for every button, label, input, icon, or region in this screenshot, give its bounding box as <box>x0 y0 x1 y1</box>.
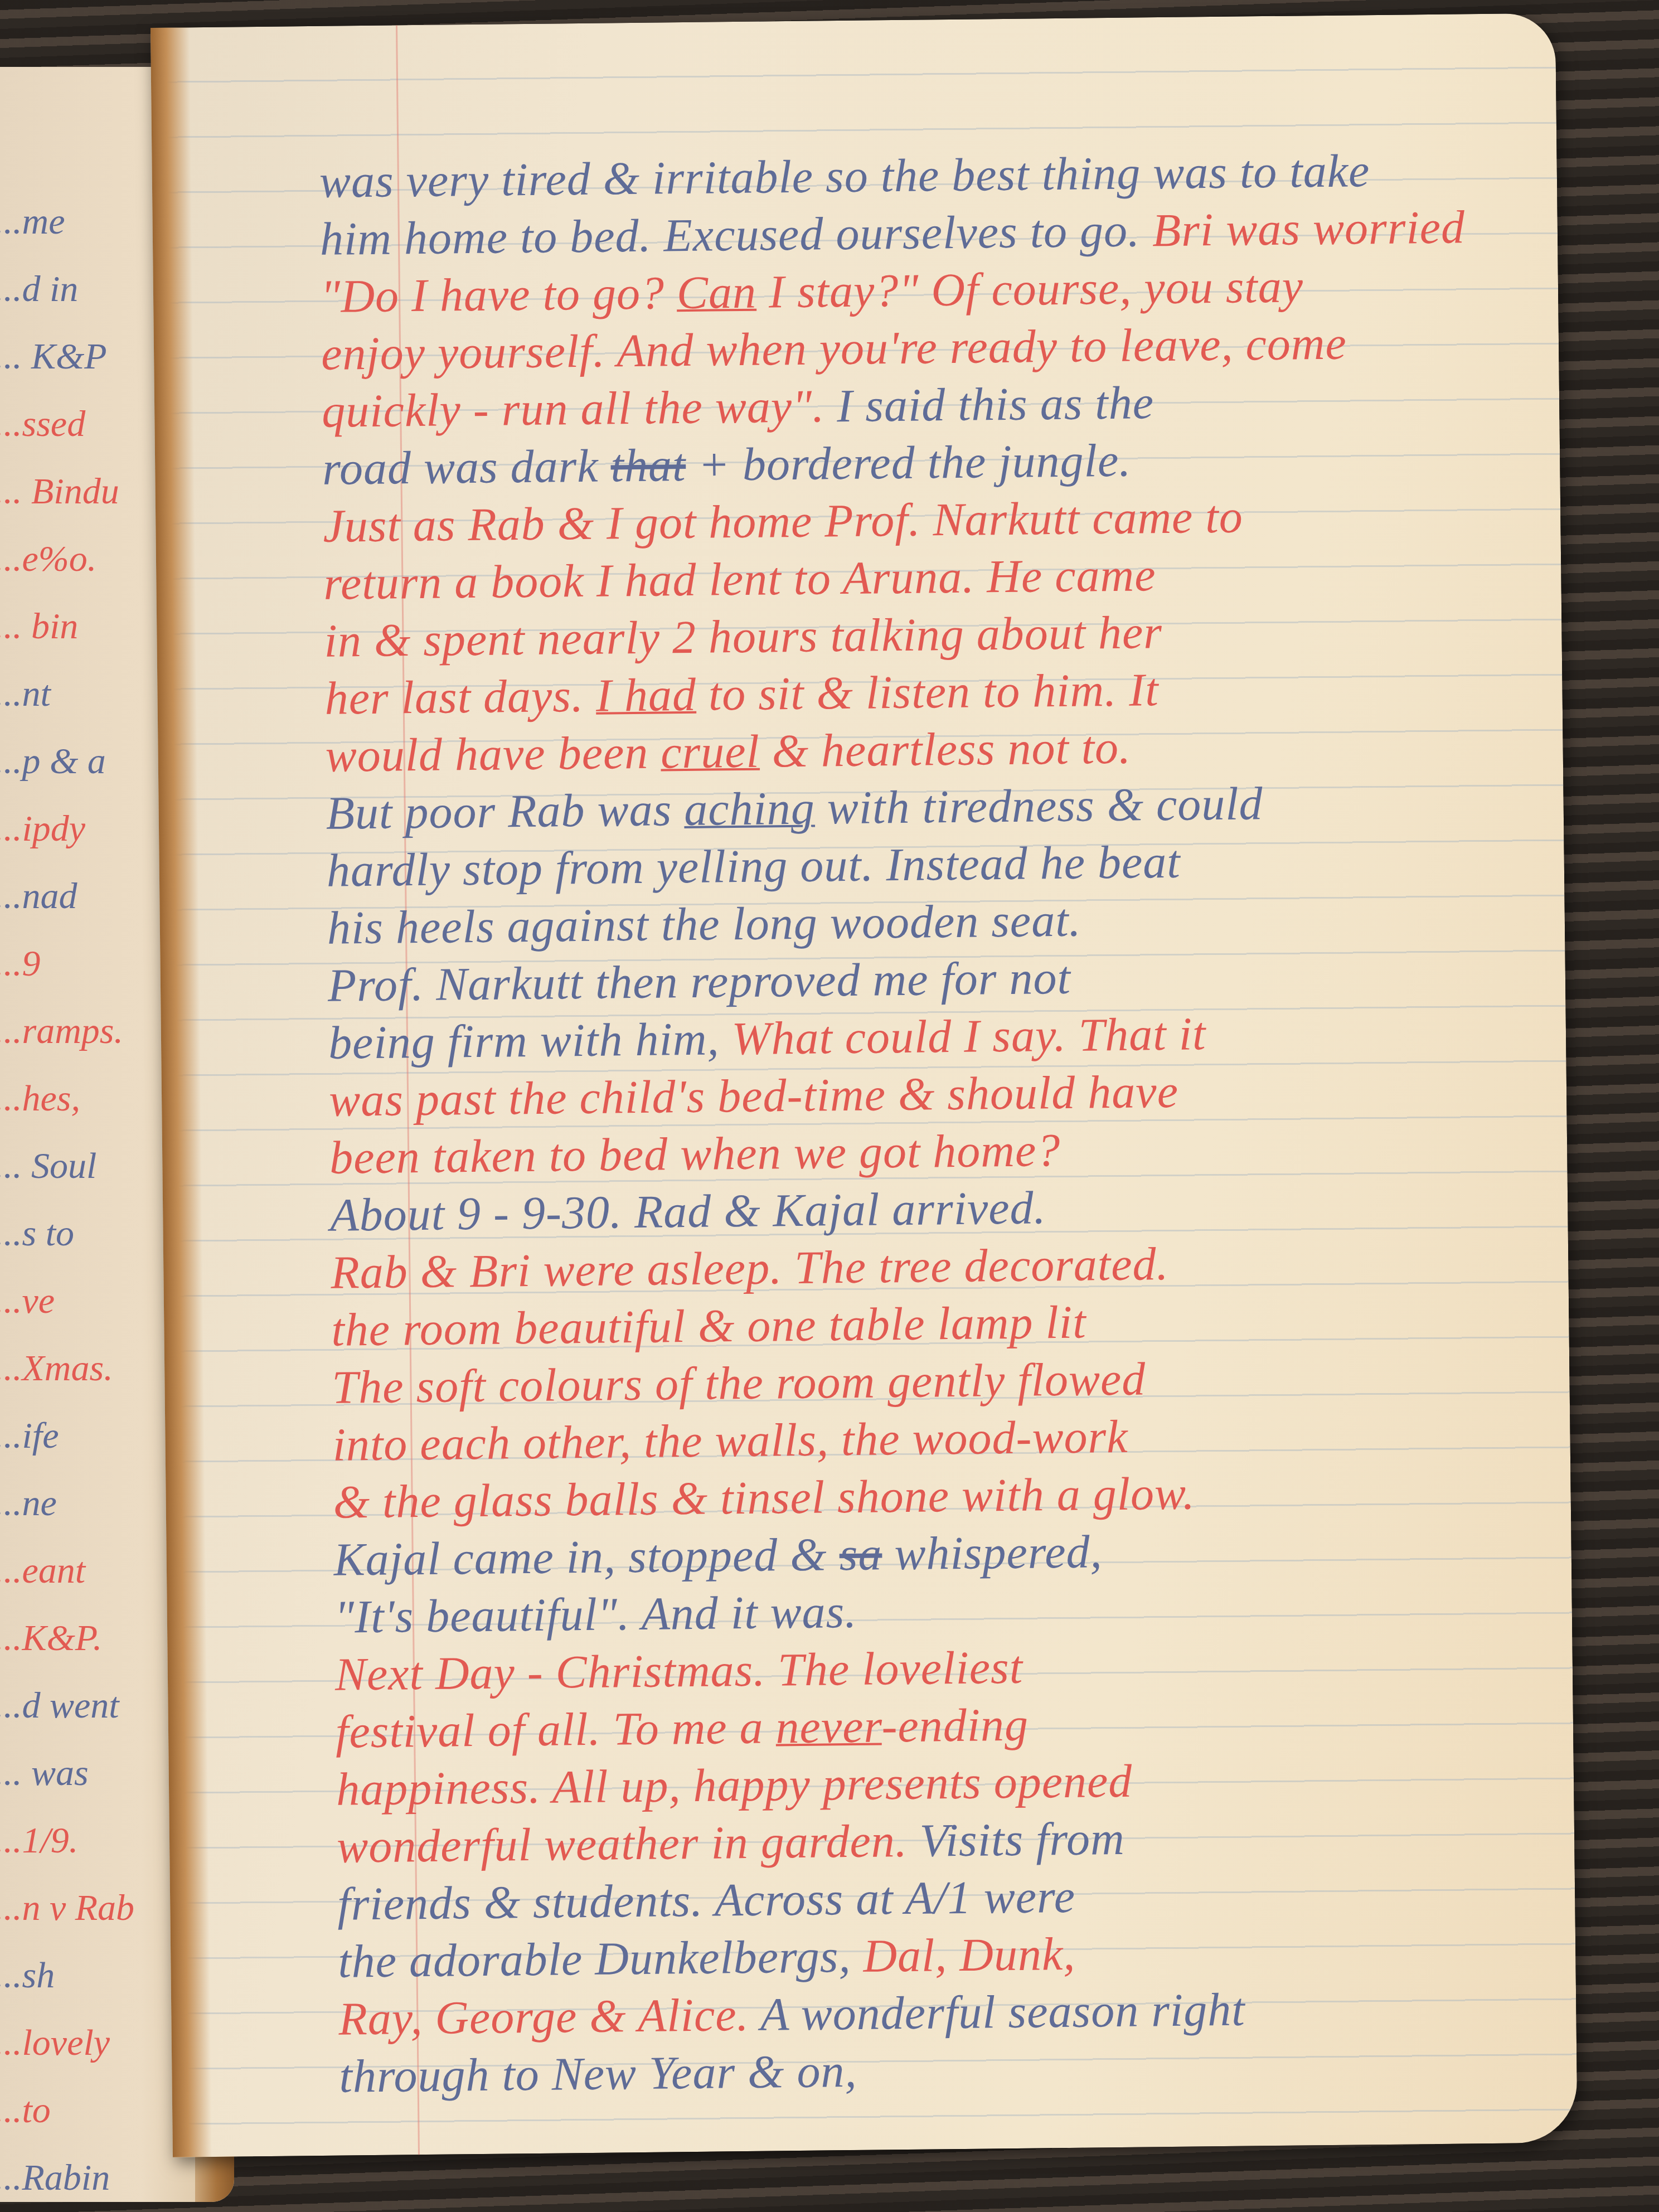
left-page-fragment: ... was <box>0 1752 89 1794</box>
left-page-fragment: ...ssed <box>0 403 85 445</box>
left-page-fragment: ...to <box>0 2089 51 2132</box>
line-text-segment: Visits from <box>919 1813 1125 1867</box>
line-text-segment: I stay?" Of course, you stay <box>756 260 1303 318</box>
handwritten-line: About 9 - 9-30. Rad & Kajal arrived. <box>330 1176 1490 1244</box>
struck-out-word: that <box>610 439 686 492</box>
line-text-segment: + bordered the jungle. <box>686 435 1132 491</box>
left-page-fragment: ...sh <box>0 1954 55 1997</box>
left-page-fragment: ...Rabin <box>0 2157 110 2199</box>
left-page-fragment: ... Soul <box>0 1145 96 1187</box>
handwritten-line: enjoy yourself. And when you're ready to… <box>321 314 1481 382</box>
left-page-fragment: ...eant <box>0 1550 85 1592</box>
line-text-segment: -ending <box>881 1699 1029 1753</box>
underlined-text: cruel <box>661 726 760 779</box>
right-notebook-page: was very tired & irritable so the best t… <box>151 13 1578 2157</box>
line-text-segment: his heels against the long wooden seat. <box>327 895 1081 954</box>
line-text-segment: hardly stop from yelling out. Instead he… <box>326 836 1181 897</box>
handwritten-entry: was very tired & irritable so the best t… <box>151 13 1578 2157</box>
left-page-fragment: ... bin <box>0 605 78 648</box>
handwritten-line: in & spent nearly 2 hours talking about … <box>324 601 1484 670</box>
underlined-text: Can <box>676 266 756 319</box>
left-page-fragment: ...ramps. <box>0 1010 123 1052</box>
line-text-segment: Prof. Narkutt then reproved me for not <box>328 952 1071 1012</box>
handwritten-line: friends & students. Across at A/1 were <box>337 1865 1497 1933</box>
handwritten-line: happiness. All up, happy presents opened <box>336 1750 1496 1818</box>
line-text-segment: What could I say. That it <box>731 1008 1206 1065</box>
line-text-segment: with tiredness & could <box>814 778 1263 834</box>
handwritten-line: "Do I have to go? Can I stay?" Of course… <box>321 257 1481 325</box>
left-page-fragment: ... Bindu <box>0 470 119 513</box>
line-text-segment: happiness. All up, happy presents opened <box>336 1755 1133 1816</box>
line-text-segment: was very tired & irritable so the best t… <box>319 145 1370 208</box>
line-text-segment: to sit & listen to him. It <box>696 664 1159 721</box>
handwritten-line: being firm with him, What could I say. T… <box>328 1003 1488 1071</box>
line-text-segment: Bri was worried <box>1152 201 1465 256</box>
handwritten-line: his heels against the long wooden seat. <box>327 889 1487 957</box>
handwritten-line: & the glass balls & tinsel shone with a … <box>333 1463 1493 1531</box>
left-page-fragment: ...9 <box>0 943 41 985</box>
handwritten-line: the adorable Dunkelbergs, Dal, Dunk, <box>338 1922 1498 1990</box>
handwritten-line: "It's beautiful". And it was. <box>334 1578 1494 1646</box>
handwritten-line: festival of all. To me a never-ending <box>336 1692 1496 1760</box>
handwritten-line: would have been cruel & heartless not to… <box>325 716 1485 784</box>
left-page-fragment: ...d went <box>0 1685 119 1727</box>
handwritten-line: was very tired & irritable so the best t… <box>319 142 1479 210</box>
handwritten-line: him home to bed. Excused ourselves to go… <box>319 200 1479 268</box>
handwritten-line: into each other, the walls, the wood-wor… <box>332 1405 1492 1473</box>
line-text-segment: her last days. <box>324 670 596 725</box>
left-page-fragment: ...Xmas. <box>0 1347 113 1390</box>
line-text-segment: through to New Year & on, <box>339 2045 857 2103</box>
left-page-fragment: ...nad <box>0 875 77 918</box>
line-text-segment: "It's beautiful". And it was. <box>334 1586 857 1643</box>
line-text-segment: & the glass balls & tinsel shone with a … <box>333 1468 1195 1529</box>
handwritten-line: her last days. I had to sit & listen to … <box>324 659 1485 727</box>
struck-out-word: sa <box>839 1528 882 1580</box>
handwritten-line: Next Day - Christmas. The loveliest <box>334 1635 1495 1703</box>
handwritten-line: hardly stop from yelling out. Instead he… <box>326 831 1486 899</box>
line-text-segment: return a book I had lent to Aruna. He ca… <box>323 549 1156 610</box>
handwritten-line: The soft colours of the room gently flow… <box>332 1348 1492 1416</box>
left-page-fragment: ...hes, <box>0 1078 80 1120</box>
left-page-fragment: ...ipdy <box>0 808 85 850</box>
handwritten-line: Kajal came in, stopped & sa whispered, <box>333 1520 1493 1588</box>
left-page-fragment: ...d in <box>0 268 78 311</box>
line-text-segment: But poor Rab was <box>326 784 684 840</box>
left-page-fragment: ...nt <box>0 673 51 715</box>
line-text-segment: Next Day - Christmas. The loveliest <box>334 1642 1023 1701</box>
line-text-segment: About 9 - 9-30. Rad & Kajal arrived. <box>330 1182 1046 1241</box>
line-text-segment: him home to bed. Excused ourselves to go… <box>320 205 1153 265</box>
handwritten-line: return a book I had lent to Aruna. He ca… <box>323 544 1483 612</box>
line-text-segment: Rab & Bri were asleep. The tree decorate… <box>331 1238 1169 1299</box>
line-text-segment: quickly - run all the way". <box>322 380 837 438</box>
line-text-segment: into each other, the walls, the wood-wor… <box>332 1411 1128 1471</box>
left-page-fragment: ...ne <box>0 1482 57 1525</box>
line-text-segment: Ray, George & Alice. <box>338 1989 761 2045</box>
handwritten-line: been taken to bed when we got home? <box>329 1118 1490 1186</box>
handwritten-line: Prof. Narkutt then reproved me for not <box>327 946 1487 1014</box>
handwritten-line: Just as Rab & I got home Prof. Narkutt c… <box>323 487 1483 555</box>
handwritten-line: was past the child's bed-time & should h… <box>329 1061 1489 1129</box>
line-text-segment: I said this as the <box>837 377 1154 432</box>
line-text-segment: Dal, Dunk, <box>863 1928 1076 1982</box>
line-text-segment: was past the child's bed-time & should h… <box>329 1066 1179 1127</box>
line-text-segment: "Do I have to go? <box>321 267 677 323</box>
line-text-segment: friends & students. Across at A/1 were <box>337 1871 1076 1930</box>
line-text-segment: road was dark <box>322 440 611 494</box>
line-text-segment: wonderful weather in garden. <box>337 1815 920 1873</box>
left-page-fragment: ...ve <box>0 1280 55 1322</box>
line-text-segment: festival of all. To me a <box>336 1701 777 1758</box>
handwritten-line: road was dark that + bordered the jungle… <box>322 429 1482 497</box>
left-page-fragment: ...1/9. <box>0 1820 78 1862</box>
left-page-fragment: ...me <box>0 201 65 243</box>
left-page-fragment: ...s to <box>0 1212 74 1255</box>
underlined-text: aching <box>684 783 816 836</box>
line-text-segment: enjoy yourself. And when you're ready to… <box>321 318 1347 380</box>
line-text-segment: A wonderful season right <box>760 1984 1245 2041</box>
line-text-segment: in & spent nearly 2 hours talking about … <box>324 607 1162 667</box>
left-page-fragment: ...lovely <box>0 2022 110 2064</box>
line-text-segment: The soft colours of the room gently flow… <box>332 1353 1146 1413</box>
handwritten-line: wonderful weather in garden. Visits from <box>337 1807 1497 1875</box>
handwritten-line: quickly - run all the way". I said this … <box>322 372 1482 440</box>
handwritten-line: Rab & Bri were asleep. The tree decorate… <box>331 1233 1491 1301</box>
line-text-segment: Kajal came in, stopped & <box>333 1529 840 1585</box>
line-text-segment: whispered, <box>882 1526 1103 1580</box>
left-page-fragment: ...p & a <box>0 740 106 783</box>
line-text-segment: would have been <box>325 726 661 782</box>
underlined-text: I had <box>595 669 696 722</box>
line-text-segment: Just as Rab & I got home Prof. Narkutt c… <box>323 491 1243 552</box>
left-page-fragment: ...K&P. <box>0 1617 102 1660</box>
line-text-segment: the room beautiful & one table lamp lit <box>331 1297 1086 1356</box>
line-text-segment: been taken to bed when we got home? <box>329 1124 1061 1184</box>
left-page-fragment: ... K&P <box>0 336 107 378</box>
underlined-text: never <box>775 1700 882 1753</box>
handwritten-line: the room beautiful & one table lamp lit <box>331 1291 1491 1359</box>
left-page-fragment: ...n v Rab <box>0 1887 134 1929</box>
line-text-segment: the adorable Dunkelbergs, <box>338 1930 864 1988</box>
handwritten-line: But poor Rab was aching with tiredness &… <box>326 774 1486 842</box>
line-text-segment: being firm with him, <box>328 1013 732 1069</box>
left-page-fragment: ...e%o. <box>0 538 96 580</box>
handwritten-line: through to New Year & on, <box>339 2037 1499 2105</box>
line-text-segment: & heartless not to. <box>759 722 1131 778</box>
left-page-fragment: ...ife <box>0 1415 59 1457</box>
handwritten-line: Ray, George & Alice. A wonderful season … <box>338 1980 1498 2048</box>
